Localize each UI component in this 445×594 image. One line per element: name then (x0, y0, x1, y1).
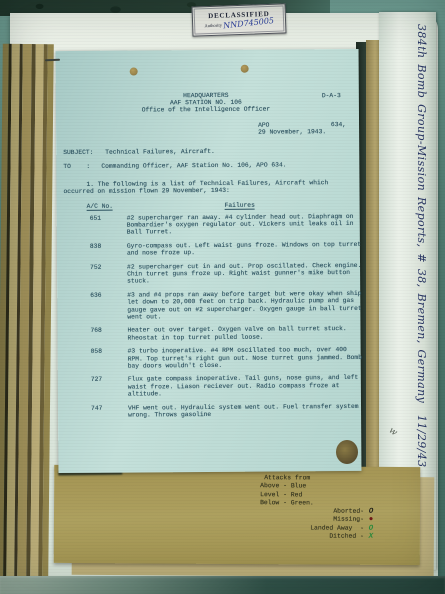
failure-text: Flux gate compass inoperative. Tail guns… (128, 374, 366, 397)
legend-symbol-icon: X (364, 533, 378, 541)
column-header-failures: Failures (225, 202, 255, 210)
apo-number: 634, (331, 121, 346, 128)
aircraft-number: 838 (90, 243, 114, 258)
legend-symbol-label: Landed Away - (310, 524, 364, 533)
declassified-stamp: DECLASSIFIED Authority NND745005 (192, 3, 287, 36)
failures-table-header: A/C No. Failures (57, 201, 360, 203)
table-surface (0, 576, 445, 594)
letterhead-line: Office of the Intelligence Officer (122, 106, 290, 114)
failure-text: #3 turbo inoperative. #4 RPM oscillated … (128, 346, 366, 369)
punch-hole-icon (130, 67, 138, 75)
attack-legend: Attacks from Above - Blue Level - Red Be… (246, 474, 378, 541)
authority-label: Authority (204, 23, 222, 29)
aircraft-number: 058 (91, 348, 115, 370)
aircraft-number: 651 (90, 215, 114, 237)
aircraft-number: 727 (91, 376, 115, 398)
table-row: 651 #2 supercharger ran away. #4 cylinde… (57, 213, 360, 237)
legend-symbol-icon: ● (364, 516, 378, 524)
table-row: 058 #3 turbo inoperative. #4 RPM oscilla… (58, 346, 361, 370)
failure-text: #2 supercharger cut in and out. Prop osc… (127, 262, 365, 285)
to-colon: : (86, 163, 101, 170)
to-label: TO (63, 163, 86, 170)
subject-label: SUBJECT: (63, 149, 98, 156)
tan-folder: Attacks from Above - Blue Level - Red Be… (54, 465, 421, 565)
failure-text: VHF went out. Hydraulic system went out.… (128, 402, 366, 418)
to-value: Commanding Officer, AAF Station No. 106,… (101, 161, 286, 169)
subject-value: Technical Failures, Aircraft. (105, 148, 215, 156)
intelligence-report-page: HEADQUARTERS AAF STATION NO. 106 Office … (56, 49, 362, 473)
subject-line: SUBJECT: Technical Failures, Aircraft. (63, 147, 353, 156)
table-row: 752 #2 supercharger cut in and out. Prop… (57, 262, 360, 286)
failure-text: Gyro-compass out. Left waist guns froze.… (127, 241, 365, 257)
failure-text: #2 supercharger ran away. #4 cylinder he… (127, 213, 365, 236)
declassified-stamp-frame: DECLASSIFIED Authority NND745005 (194, 5, 285, 34)
failures-table-rows: 651 #2 supercharger ran away. #4 cylinde… (57, 213, 361, 426)
failure-text: Heater out over target. Oxygen valve on … (127, 325, 365, 341)
aircraft-number: 768 (90, 327, 114, 342)
punch-hole-icon (241, 65, 249, 73)
date-line: 29 November, 1943. (258, 128, 346, 136)
legend-symbol-icon: O (364, 525, 378, 533)
table-row: 768 Heater out over target. Oxygen valve… (57, 325, 360, 342)
apo-date-block: APO 634, 29 November, 1943. (258, 121, 346, 136)
letterhead: HEADQUARTERS AAF STATION NO. 106 Office … (122, 91, 290, 114)
legend-symbol-keys: Aborted- O Missing- ● Landed Away - O Di… (246, 507, 378, 541)
table-row: 747 VHF went out. Hydraulic system went … (58, 403, 361, 420)
column-header-aircraft: A/C No. (87, 203, 114, 211)
table-row: 636 #3 and #4 props ran away before targ… (57, 290, 360, 321)
aircraft-number: 636 (90, 292, 114, 321)
legend-color-keys: Above - Blue Level - Red Below - Green. (246, 482, 378, 508)
legend-symbol-icon: O (364, 508, 378, 516)
legend-symbol-line: Ditched - X (246, 532, 378, 541)
legend-symbol-label: Ditched - (329, 533, 364, 542)
table-row: 727 Flux gate compass inoperative. Tail … (58, 374, 361, 398)
grommet-icon (336, 440, 358, 464)
paragraph-1: 1. The following is a list of Technical … (63, 179, 359, 195)
paper-stack (0, 44, 55, 579)
handwritten-margin-note: 384th Bomb Group-Mission Reports, # 38, … (415, 24, 428, 494)
table-row: 838 Gyro-compass out. Left waist guns fr… (57, 241, 360, 258)
legend-symbol-label: Missing- (333, 516, 364, 524)
legend-color-line: Below - Green. (246, 499, 378, 508)
to-line: TO : Commanding Officer, AAF Station No.… (63, 161, 353, 170)
photo-scene: 384th Bomb Group-Mission Reports, # 38, … (0, 0, 445, 594)
reference-code: D-A-3 (322, 92, 341, 99)
failure-text: #3 and #4 props ran away before target b… (127, 290, 365, 320)
aircraft-number: 752 (90, 264, 114, 286)
aircraft-number: 747 (91, 404, 115, 419)
